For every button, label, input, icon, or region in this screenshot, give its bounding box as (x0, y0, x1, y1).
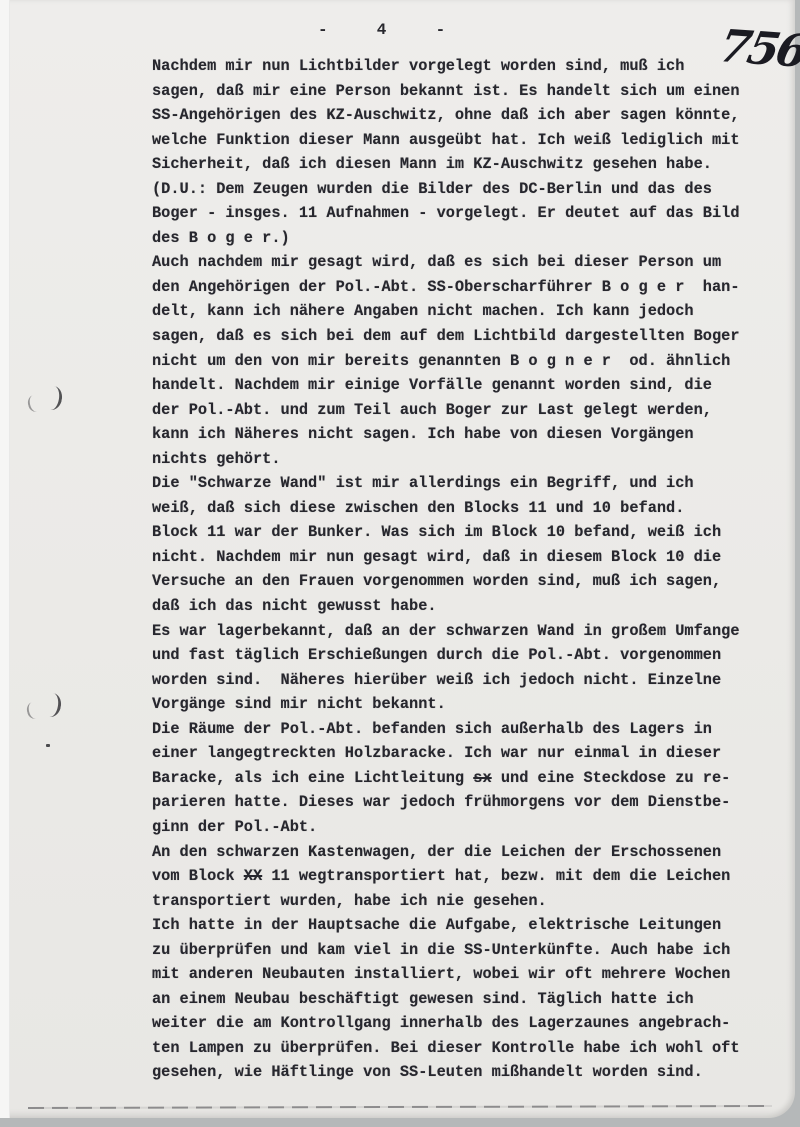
text-line: weiß, daß sich diese zwischen den Blocks… (152, 496, 792, 521)
text-line: welche Funktion dieser Mann ausgeübt hat… (152, 128, 792, 153)
text-line: mit anderen Neubauten installiert, wobei… (152, 962, 792, 987)
text-segment: 11 wegtransportiert hat, bezw. mit dem d… (262, 867, 730, 885)
text-line: Die "Schwarze Wand" ist mir allerdings e… (152, 471, 792, 496)
text-line: nicht um den von mir bereits genannten B… (152, 349, 792, 374)
text-line: Die Räume der Pol.-Abt. befanden sich au… (152, 717, 792, 742)
text-line: SS-Angehörigen des KZ-Auschwitz, ohne da… (152, 103, 792, 128)
text-line: nichts gehört. (152, 447, 792, 472)
text-line: an einem Neubau beschäftigt gewesen sind… (152, 987, 792, 1012)
text-segment: und eine Steckdose zu re- (492, 769, 731, 787)
text-line: Ich hatte in der Hauptsache die Aufgabe,… (152, 913, 792, 938)
text-line: einer langegtreckten Holzbaracke. Ich wa… (152, 741, 792, 766)
text-line: weiter die am Kontrollgang innerhalb des… (152, 1011, 792, 1036)
text-line: parieren hatte. Dieses war jedoch frühmo… (152, 790, 792, 815)
struck-text: XX (244, 867, 262, 885)
testimony-text: Nachdem mir nun Lichtbilder vorgelegt wo… (152, 54, 792, 1085)
text-line: (D.U.: Dem Zeugen wurden die Bilder des … (152, 177, 792, 202)
text-line: Versuche an den Frauen vorgenommen worde… (152, 569, 792, 594)
text-line: Vorgänge sind mir nicht bekannt. (152, 692, 792, 717)
text-line: ten Lampen zu überprüfen. Bei dieser Kon… (152, 1036, 792, 1061)
bottom-edge-line (28, 1105, 772, 1109)
text-line: worden sind. Näheres hierüber weiß ich j… (152, 668, 792, 693)
text-line: ginn der Pol.-Abt. (152, 815, 792, 840)
punch-hole-arc-right (40, 692, 63, 719)
text-line: zu überprüfen und kam viel in die SS-Unt… (152, 938, 792, 963)
text-line: An den schwarzen Kastenwagen, der die Le… (152, 840, 792, 865)
text-line: Sicherheit, daß ich diesen Mann im KZ-Au… (152, 152, 792, 177)
text-line: sagen, daß mir eine Person bekannt ist. … (152, 79, 792, 104)
punch-hole-arc-left (26, 394, 44, 414)
text-line: vom Block XX 11 wegtransportiert hat, be… (152, 864, 792, 889)
text-line: Es war lagerbekannt, daß an der schwarze… (152, 619, 792, 644)
text-line: delt, kann ich nähere Angaben nicht mach… (152, 299, 792, 324)
text-line: sagen, daß es sich bei dem auf dem Licht… (152, 324, 792, 349)
text-line: des B o g e r.) (152, 226, 792, 251)
text-line: kann ich Näheres nicht sagen. Ich habe v… (152, 422, 792, 447)
text-line: daß ich das nicht gewusst habe. (152, 594, 792, 619)
text-line: der Pol.-Abt. und zum Teil auch Boger zu… (152, 398, 792, 423)
text-line: Baracke, als ich eine Lichtleitung sx un… (152, 766, 792, 791)
punch-hole-mark-bottom (27, 693, 65, 723)
punch-hole-arc-right (41, 385, 64, 412)
text-line: den Angehörigen der Pol.-Abt. SS-Obersch… (152, 275, 792, 300)
text-line: transportiert wurden, habe ich nie geseh… (152, 889, 792, 914)
punch-hole-arc-left (25, 701, 43, 721)
text-line: und fast täglich Erschießungen durch die… (152, 643, 792, 668)
text-line: Block 11 war der Bunker. Was sich im Blo… (152, 520, 792, 545)
text-line: Auch nachdem mir gesagt wird, daß es sic… (152, 250, 792, 275)
text-line: nicht. Nachdem mir nun gesagt wird, daß … (152, 545, 792, 570)
paper-sheet: - 4 - 756 Nachdem mir nun Lichtbilder vo… (0, 0, 795, 1118)
page-number: - 4 - (318, 21, 447, 39)
scan-edge-strip (0, 0, 10, 1118)
text-line: Nachdem mir nun Lichtbilder vorgelegt wo… (152, 54, 792, 79)
text-segment: Baracke, als ich eine Lichtleitung (152, 769, 473, 787)
text-line: Boger - insges. 11 Aufnahmen - vorgelegt… (152, 201, 792, 226)
punch-hole-mark-top (28, 386, 66, 416)
scanned-document: - 4 - 756 Nachdem mir nun Lichtbilder vo… (0, 0, 800, 1127)
text-segment: vom Block (152, 867, 244, 885)
text-line: gesehen, wie Häftlinge von SS-Leuten miß… (152, 1060, 792, 1085)
struck-text: sx (473, 769, 491, 787)
ink-speck (46, 744, 50, 747)
text-line: handelt. Nachdem mir einige Vorfälle gen… (152, 373, 792, 398)
